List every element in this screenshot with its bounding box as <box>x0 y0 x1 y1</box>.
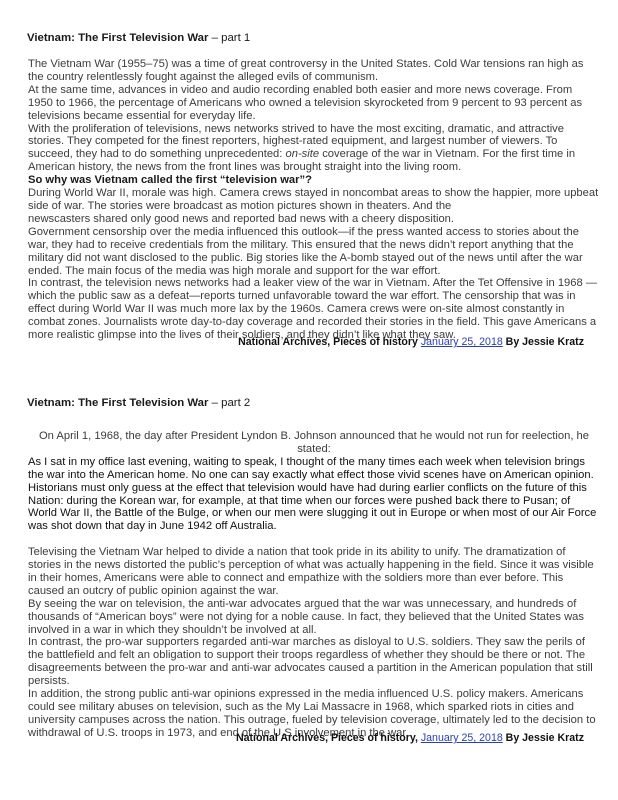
paragraph: By seeing the war on television, the ant… <box>28 598 600 637</box>
part-1-title-suffix: – part 1 <box>208 32 250 44</box>
part-1-title-main: Vietnam: The First Television War <box>27 32 208 44</box>
paragraph: In contrast, the television news network… <box>28 277 600 342</box>
part-2-title: Vietnam: The First Television War – part… <box>27 397 250 409</box>
part-2-source-citation: National Archives, Pieces of history, Ja… <box>236 732 584 744</box>
part-1-source-citation: National Archives, Pieces of history Jan… <box>238 336 584 348</box>
section-question: So why was Vietnam called the first “tel… <box>28 174 600 187</box>
part-1-title: Vietnam: The First Television War – part… <box>27 32 250 44</box>
part-2-title-main: Vietnam: The First Television War <box>27 397 208 409</box>
paragraph: At the same time, advances in video and … <box>28 84 600 123</box>
paragraph: Government censorship over the media inf… <box>28 226 600 278</box>
quote-intro: On April 1, 1968, the day after Presiden… <box>28 430 600 456</box>
source-date-link[interactable]: January 25, 2018 <box>421 732 503 744</box>
paragraph: Televising the Vietnam War helped to div… <box>28 546 600 598</box>
paragraph: During World War II, morale was high. Ca… <box>28 187 600 226</box>
paragraph: In contrast, the pro-war supporters rega… <box>28 636 600 688</box>
paragraph: The Vietnam War (1955–75) was a time of … <box>28 58 600 84</box>
emphasis-on-site: on-site <box>286 148 320 160</box>
johnson-quote: As I sat in my office last evening, wait… <box>28 456 600 533</box>
part-1-body: The Vietnam War (1955–75) was a time of … <box>28 58 600 342</box>
part-2-title-suffix: – part 2 <box>208 397 250 409</box>
source-date-link[interactable]: January 25, 2018 <box>421 336 503 348</box>
paragraph: With the proliferation of televisions, n… <box>28 123 600 175</box>
part-2-body: On April 1, 1968, the day after Presiden… <box>28 430 600 740</box>
